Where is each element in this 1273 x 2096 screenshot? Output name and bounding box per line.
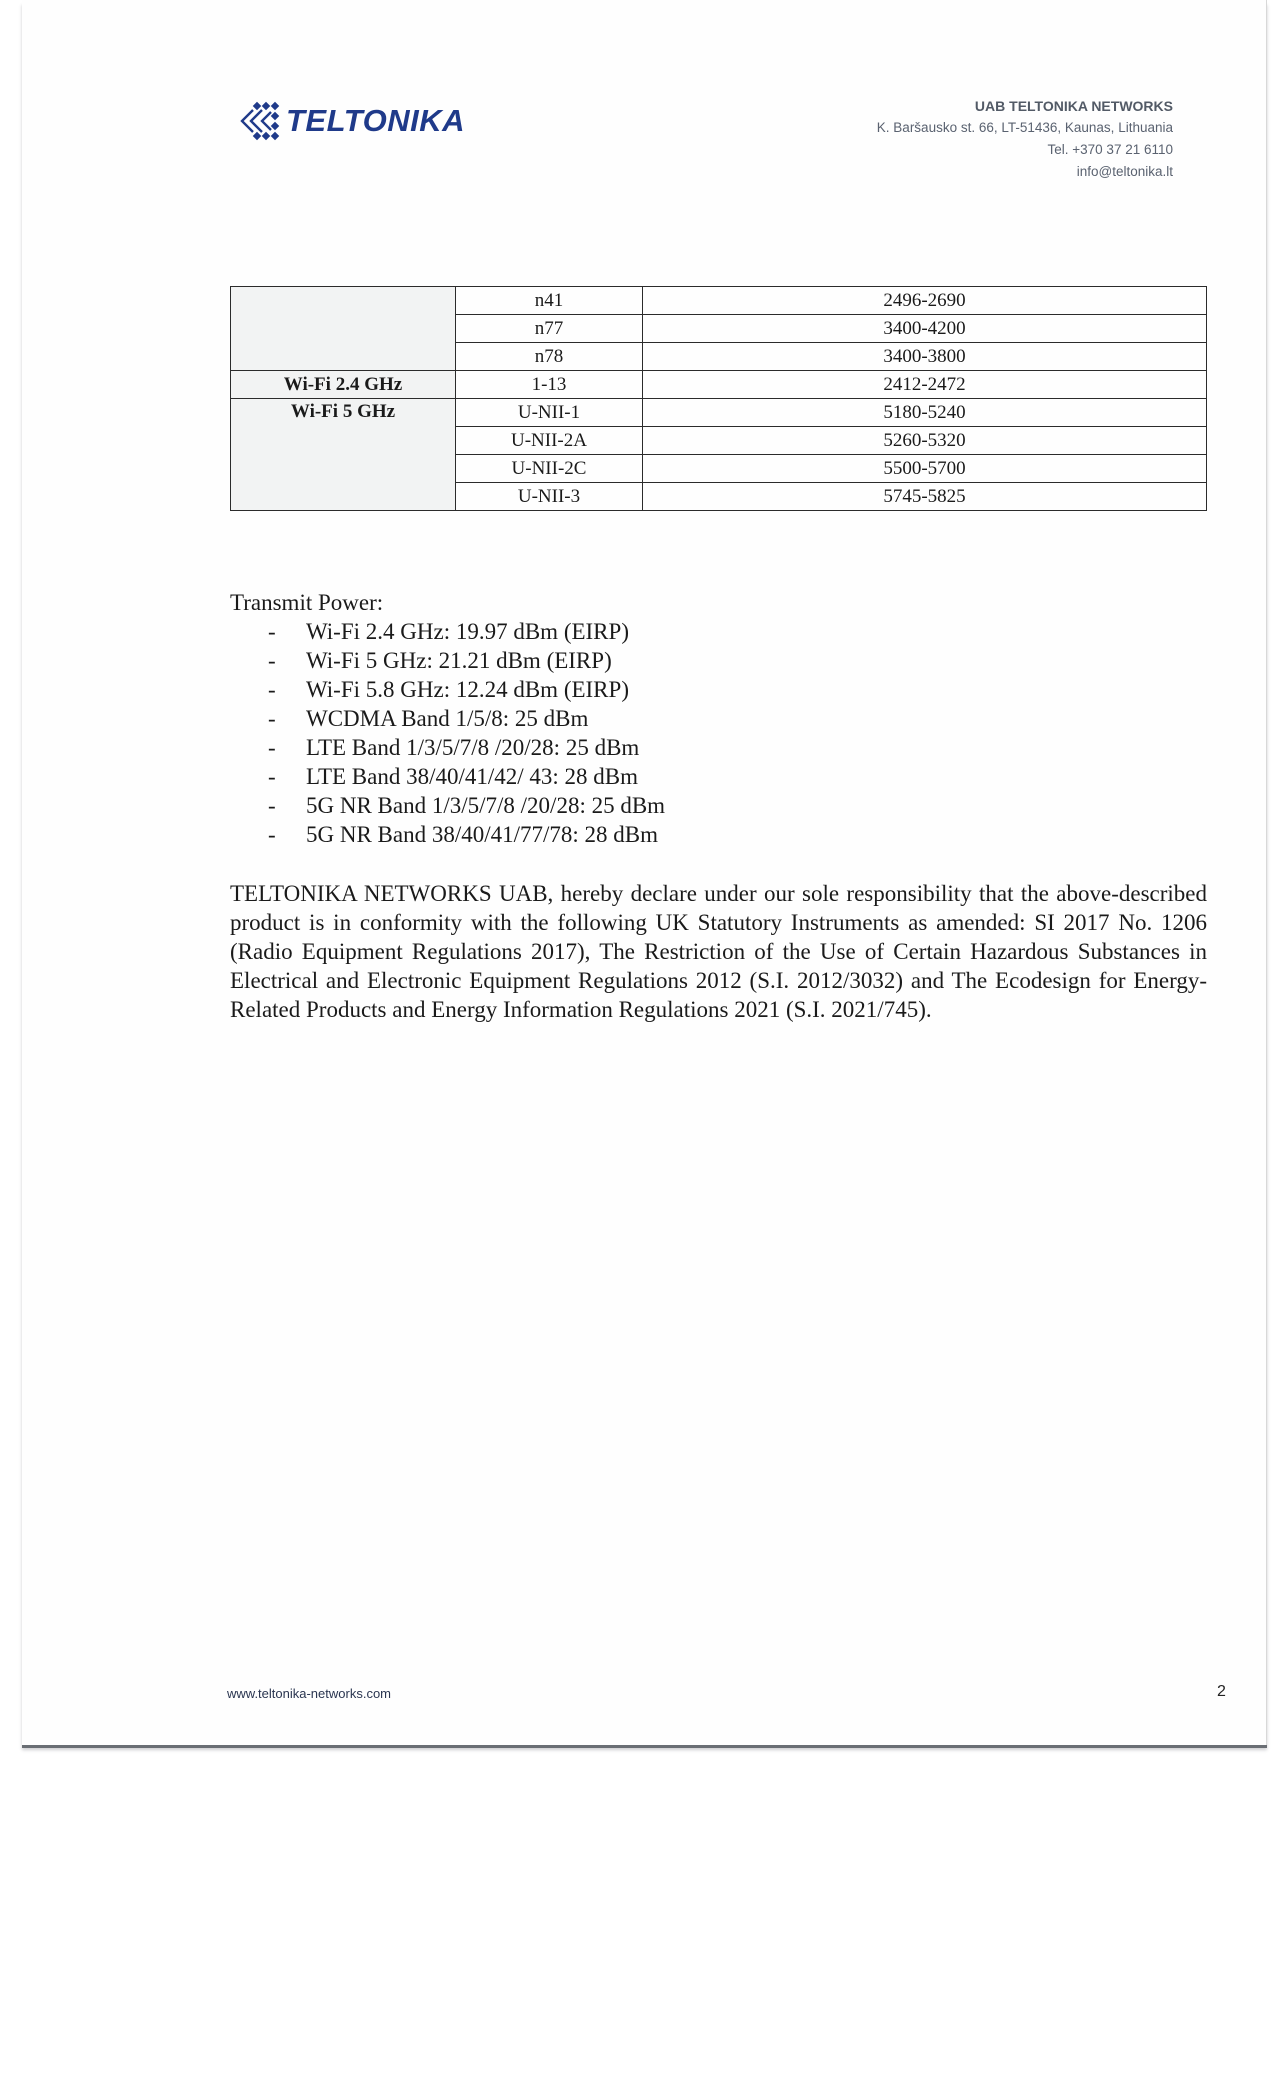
group-cell-wifi-2-4: Wi-Fi 2.4 GHz [231,371,456,399]
company-info: UAB TELTONIKA NETWORKS K. Baršausko st. … [877,95,1173,183]
channel-cell: U-NII-3 [456,483,643,511]
range-cell: 2412-2472 [643,371,1207,399]
range-cell: 2496-2690 [643,287,1207,315]
page-number: 2 [1217,1683,1226,1701]
range-cell: 5180-5240 [643,399,1207,427]
list-item-text: 5G NR Band 38/40/41/77/78: 28 dBm [306,822,658,847]
list-item-text: LTE Band 1/3/5/7/8 /20/28: 25 dBm [306,735,639,760]
bullet-dash: - [268,704,276,733]
table-row: Wi-Fi 5 GHz U-NII-1 5180-5240 [231,399,1207,427]
range-cell: 5500-5700 [643,455,1207,483]
bullet-dash: - [268,762,276,791]
channel-cell: U-NII-1 [456,399,643,427]
channel-cell: n78 [456,343,643,371]
list-item-text: WCDMA Band 1/5/8: 25 dBm [306,706,588,731]
list-item-text: Wi-Fi 2.4 GHz: 19.97 dBm (EIRP) [306,619,629,644]
bullet-dash: - [268,820,276,849]
list-item: -LTE Band 38/40/41/42/ 43: 28 dBm [230,762,665,791]
document-page: TELTONIKA UAB TELTONIKA NETWORKS K. Barš… [22,0,1267,1745]
frequency-table: n41 2496-2690 n77 3400-4200 n78 3400-380… [230,286,1207,511]
chevron-diamonds-icon [236,101,282,141]
channel-cell: U-NII-2C [456,455,643,483]
range-cell: 3400-4200 [643,315,1207,343]
list-item: -Wi-Fi 2.4 GHz: 19.97 dBm (EIRP) [230,617,665,646]
channel-cell: n41 [456,287,643,315]
bullet-dash: - [268,617,276,646]
company-name: UAB TELTONIKA NETWORKS [877,95,1173,117]
channel-cell: n77 [456,315,643,343]
range-cell: 3400-3800 [643,343,1207,371]
list-item-text: LTE Band 38/40/41/42/ 43: 28 dBm [306,764,638,789]
bullet-dash: - [268,646,276,675]
teltonika-logo: TELTONIKA [236,101,465,141]
list-item: -LTE Band 1/3/5/7/8 /20/28: 25 dBm [230,733,665,762]
channel-cell: 1-13 [456,371,643,399]
bullet-dash: - [268,733,276,762]
list-item: -5G NR Band 38/40/41/77/78: 28 dBm [230,820,665,849]
list-item: -WCDMA Band 1/5/8: 25 dBm [230,704,665,733]
range-cell: 5745-5825 [643,483,1207,511]
transmit-power-list: -Wi-Fi 2.4 GHz: 19.97 dBm (EIRP) -Wi-Fi … [230,617,665,849]
list-item-text: Wi-Fi 5.8 GHz: 12.24 dBm (EIRP) [306,677,629,702]
transmit-power-title: Transmit Power: [230,588,665,617]
table-row: Wi-Fi 2.4 GHz 1-13 2412-2472 [231,371,1207,399]
group-cell-wifi-5: Wi-Fi 5 GHz [231,399,456,511]
group-label: Wi-Fi 5 GHz [231,399,455,423]
bullet-dash: - [268,791,276,820]
list-item: -5G NR Band 1/3/5/7/8 /20/28: 25 dBm [230,791,665,820]
logo-text: TELTONIKA [286,103,465,139]
footer-website-link[interactable]: www.teltonika-networks.com [227,1686,391,1701]
list-item: -Wi-Fi 5 GHz: 21.21 dBm (EIRP) [230,646,665,675]
declaration-paragraph: TELTONIKA NETWORKS UAB, hereby declare u… [230,879,1207,1024]
table-row: n41 2496-2690 [231,287,1207,315]
bullet-dash: - [268,675,276,704]
company-address: K. Baršausko st. 66, LT-51436, Kaunas, L… [877,117,1173,139]
list-item-text: 5G NR Band 1/3/5/7/8 /20/28: 25 dBm [306,793,665,818]
channel-cell: U-NII-2A [456,427,643,455]
company-phone: Tel. +370 37 21 6110 [877,139,1173,161]
group-cell-5g-nr [231,287,456,371]
transmit-power-section: Transmit Power: -Wi-Fi 2.4 GHz: 19.97 dB… [230,588,665,849]
list-item-text: Wi-Fi 5 GHz: 21.21 dBm (EIRP) [306,648,612,673]
list-item: -Wi-Fi 5.8 GHz: 12.24 dBm (EIRP) [230,675,665,704]
company-email[interactable]: info@teltonika.lt [877,161,1173,183]
range-cell: 5260-5320 [643,427,1207,455]
